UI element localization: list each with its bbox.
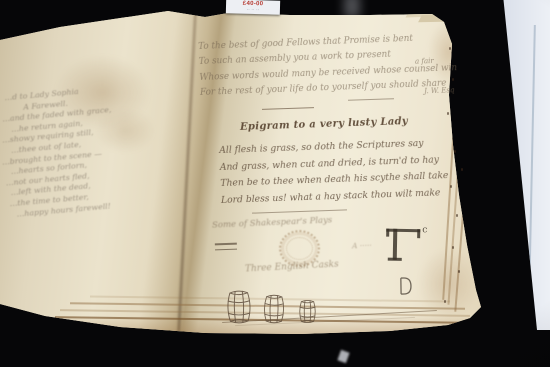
letter-d-sketch [397, 276, 413, 300]
page-corner-stack [406, 8, 442, 17]
ink-speck [456, 214, 458, 217]
background-paper-sheet [495, 0, 550, 335]
letter-stroke [388, 258, 402, 261]
ink-speck [461, 168, 463, 171]
cask-sketch-small [297, 297, 318, 330]
price-label-code: ·· ·· ·· [226, 6, 280, 13]
ink-speck [458, 270, 460, 273]
paper-rule-line [528, 25, 536, 297]
reflection-highlight [337, 350, 349, 363]
price-label: £40-00 ·· ·· ·· [226, 0, 280, 15]
small-letter-c: c [422, 225, 427, 235]
block-letter-sketch: c [384, 226, 431, 267]
ink-speck [452, 246, 454, 249]
left-page-text: …d to Lady Sophia A Farewell. …and the f… [0, 80, 166, 221]
ink-speck [454, 150, 456, 153]
letter-stroke [386, 229, 389, 237]
verse-signature: J. W. Esq [424, 83, 455, 100]
page-corner-stack [418, 15, 447, 22]
ink-speck [450, 185, 452, 188]
letter-stroke [386, 229, 420, 233]
right-page-verse-1: To the best of good Fellows that Promise… [198, 30, 470, 102]
book-gutter [178, 14, 197, 332]
ink-speck [444, 300, 446, 303]
right-page-verse-2: All flesh is grass, so doth the Scriptur… [219, 134, 481, 209]
double-dash-divider [215, 243, 237, 255]
ink-speck [449, 47, 451, 50]
interline-note: a fair [415, 54, 434, 70]
cask-sketch-medium [261, 291, 288, 331]
ink-speck [447, 112, 449, 115]
letter-stroke [417, 229, 420, 238]
photo-manuscript-book: £40-00 ·· ·· ·· …d to Lady Sophia A Fare… [0, 0, 550, 367]
letter-stroke [393, 229, 397, 260]
ink-speck [452, 78, 454, 81]
faint-scribble: A ····· [352, 241, 372, 251]
